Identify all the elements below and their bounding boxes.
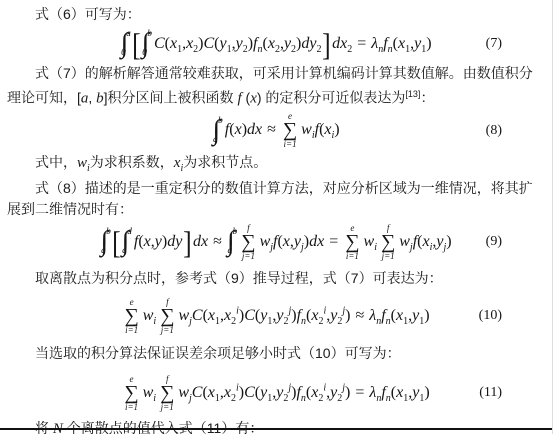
math-variable: f <box>134 233 138 250</box>
math-variable: f <box>413 233 417 250</box>
math-variable: d <box>193 233 201 250</box>
math-variable: x <box>268 35 275 52</box>
math-variable: y <box>236 35 243 52</box>
subscript: i <box>332 131 335 142</box>
math-variable: x <box>422 233 429 250</box>
subscript: 1 <box>215 393 220 404</box>
math-variable: C <box>244 307 255 324</box>
math-variable: w <box>143 307 154 324</box>
formula-run: wi <box>143 384 156 401</box>
summation: e∑i=1 <box>124 375 138 412</box>
integral-limits: ba <box>218 114 223 148</box>
paragraph-error-term: 当选取的积分算法保证误差余项足够小时式（10）可写为： <box>0 343 552 364</box>
summation: f∑j=1 <box>381 224 395 261</box>
paragraph-substitute-n-points: 将 N 个离散点的值代入式（11）有： <box>0 418 552 434</box>
math-variable: x <box>324 121 331 138</box>
math-variable: w <box>301 121 312 138</box>
integral-limits: b0 <box>147 27 152 61</box>
equation-7-number: (7) <box>486 36 502 52</box>
superscript: j <box>342 383 345 394</box>
equation-10-formula: e∑i=1wif∑j=1wjC(x1,x2i)C(y1,y2j)fn(x2i,y… <box>121 298 430 335</box>
math-variable: w <box>178 307 189 324</box>
relation-operator: = <box>355 384 364 401</box>
formula-run: wi <box>364 233 377 250</box>
subscript: 2 <box>193 44 198 55</box>
formula-run: C(x1,x2)C(y1,y2)fn(x2,y2)dy2 <box>154 35 322 52</box>
formula-run: wjf(x,yj)dx <box>260 233 325 250</box>
lower-limit: a <box>213 135 218 145</box>
subscript: i <box>430 242 433 253</box>
subscript: 1 <box>177 44 182 55</box>
subscript: 2 <box>318 393 323 404</box>
summation: e∑i=1 <box>124 298 138 335</box>
math-variable: C <box>154 35 165 52</box>
subscript: 2 <box>347 44 352 55</box>
lower-limit: a <box>228 246 233 256</box>
lower-limit: i=1 <box>125 403 138 412</box>
integral-limits: a0 <box>126 27 131 61</box>
subscript: 2 <box>337 393 342 404</box>
right-bracket: ] <box>183 227 192 257</box>
subscript: 2 <box>231 393 236 404</box>
formula-run: f(x,y)dy <box>134 233 182 250</box>
equation-7-formula: ∫a0[∫b0C(x1,x2)C(y1,y2)fn(x2,y2)dy2]dx2=… <box>119 27 432 61</box>
math-variable: x <box>201 233 208 250</box>
subscript: 1 <box>421 44 426 55</box>
math-variable: y <box>220 35 227 52</box>
lower-limit: j=1 <box>161 326 174 335</box>
subscript: 2 <box>337 316 342 327</box>
subscript: 1 <box>419 316 424 327</box>
lower-limit: 0 <box>121 48 126 58</box>
superscript: i <box>323 306 326 317</box>
formula-run: wjC(x1,x2i)C(y1,y2j)fn(x2i,y2j) <box>178 384 350 401</box>
formula-run: wi <box>143 307 156 324</box>
superscript: j <box>288 383 291 394</box>
subscript: n <box>301 316 306 327</box>
integral-limits: ba <box>233 225 238 259</box>
math-variable: f <box>273 233 277 250</box>
subscript: i <box>374 242 377 253</box>
relation-operator: ≈ <box>355 307 364 324</box>
integral-limits: dc <box>127 225 132 259</box>
math-variable: b <box>96 91 104 107</box>
math-variable: w <box>260 233 271 250</box>
formula-run: λnfn(x1,y1) <box>369 307 429 324</box>
subscript: j <box>443 242 446 253</box>
math-variable: C <box>192 307 203 324</box>
lower-limit: i=1 <box>125 326 138 335</box>
subscript: 1 <box>403 316 408 327</box>
summation: e∑i=1 <box>345 224 359 261</box>
subscript: i <box>153 393 156 404</box>
superscript: i <box>236 383 239 394</box>
formula-run: dx <box>193 233 208 250</box>
lower-limit: i=1 <box>284 140 297 149</box>
sigma-symbol: ∑ <box>160 307 174 326</box>
math-variable: w <box>178 384 189 401</box>
sigma-symbol: ∑ <box>124 384 138 403</box>
paragraph-discrete-points: 取离散点为积分点时，参考式（9）推导过程，式（7）可表达为： <box>0 268 552 289</box>
math-variable: y <box>284 35 291 52</box>
upper-limit: b <box>218 116 223 126</box>
formula-run: wif(xi) <box>301 121 339 138</box>
math-variable: y <box>294 233 301 250</box>
formula-run: wjC(x1,x2i)C(y1,y2j)fn(x2i,y2j) <box>178 307 350 324</box>
lower-limit: i=1 <box>346 252 359 261</box>
lower-limit: j=1 <box>382 252 395 261</box>
citation-superscript: [13] <box>405 89 420 99</box>
sigma-symbol: ∑ <box>283 121 297 140</box>
math-variable: f <box>237 91 241 107</box>
superscript: j <box>288 306 291 317</box>
bottom-rule <box>0 428 552 430</box>
math-variable: x <box>396 307 403 324</box>
upper-limit: b <box>233 227 238 237</box>
equation-9-row: ∫ba[∫dcf(x,y)dy]dx≈∫baf∑j=1wjf(x,yj)dx=e… <box>0 220 552 264</box>
subscript: 1 <box>267 393 272 404</box>
math-variable: w <box>364 233 375 250</box>
math-variable: f <box>315 121 319 138</box>
sigma-symbol: ∑ <box>160 384 174 403</box>
subscript: 2 <box>318 316 323 327</box>
formula-run: f(x)dx <box>225 121 262 138</box>
paragraph-eq8-extension: 式（8）描述的是一重定积分的数值计算方法，对应分析区域为一维情况，将其扩展到二维… <box>0 178 552 220</box>
integral: ∫a0 <box>120 27 130 61</box>
equation-10-row: e∑i=1wif∑j=1wjC(x1,x2i)C(y1,y2j)fn(x2i,y… <box>0 293 552 339</box>
paragraph-symbol-definitions: 式中，wi为求积系数，xi为求积节点。 <box>0 152 552 179</box>
summation: f∑j=1 <box>160 375 174 412</box>
subscript: i <box>153 316 156 327</box>
formula-run: wjf(xi,yj) <box>399 233 451 250</box>
math-variable: w <box>77 155 87 171</box>
equation-8-formula: ∫baf(x)dx≈e∑i=1wif(xi) <box>211 112 340 149</box>
lower-limit: j=1 <box>242 252 255 261</box>
superscript: i <box>236 306 239 317</box>
equation-9-formula: ∫ba[∫dcf(x,y)dy]dx≈∫baf∑j=1wjf(x,yj)dx=e… <box>99 224 452 261</box>
sigma-symbol: ∑ <box>345 233 359 252</box>
subscript: 1 <box>227 44 232 55</box>
upper-limit: b <box>147 29 152 39</box>
integral: ∫ba <box>227 225 237 259</box>
relation-operator: ≈ <box>267 121 276 138</box>
paragraph-eq7-discussion: 式（7）的解析解答通常较难获取，可采用计算机编码计算其数值解。由数值积分理论可知… <box>0 63 552 110</box>
math-variable: C <box>244 384 255 401</box>
integral-limits: ba <box>106 225 111 259</box>
subscript: 1 <box>419 393 424 404</box>
math-variable: x <box>170 35 177 52</box>
subscript: j <box>301 242 304 253</box>
math-variable: w <box>143 384 154 401</box>
formula-run: λnfn(x1,y1) <box>371 35 431 52</box>
math-variable: x <box>224 384 231 401</box>
subscript: 2 <box>243 44 248 55</box>
math-variable: d <box>332 35 340 52</box>
subscript: n <box>386 316 391 327</box>
sigma-symbol: ∑ <box>124 307 138 326</box>
subscript: n <box>301 393 306 404</box>
subscript: 1 <box>267 316 272 327</box>
subscript: 1 <box>215 316 220 327</box>
sigma-symbol: ∑ <box>241 233 255 252</box>
relation-operator: = <box>329 233 338 250</box>
formula-run: λnfn(x1,y1) <box>369 384 429 401</box>
summation: e∑i=1 <box>283 112 297 149</box>
equation-8-row: ∫baf(x)dx≈e∑i=1wif(xi) (8) <box>0 110 552 152</box>
equation-10-number: (10) <box>479 308 502 324</box>
math-variable: x <box>317 233 324 250</box>
subscript: 1 <box>403 393 408 404</box>
equation-11-row: e∑i=1wif∑j=1wjC(x1,x2i)C(y1,y2j)fn(x2i,y… <box>0 370 552 416</box>
summation: f∑j=1 <box>241 224 255 261</box>
math-variable: y <box>155 233 162 250</box>
subscript: 2 <box>316 44 321 55</box>
lower-limit: c <box>122 246 126 256</box>
math-variable: f <box>225 121 229 138</box>
lower-limit: a <box>101 246 106 256</box>
upper-limit: b <box>106 227 111 237</box>
math-variable: x <box>208 384 215 401</box>
lower-limit: j=1 <box>161 403 174 412</box>
relation-operator: ≈ <box>213 233 222 250</box>
math-variable: w <box>399 233 410 250</box>
math-variable: C <box>192 384 203 401</box>
equation-11-number: (11) <box>479 385 502 401</box>
equation-9-number: (9) <box>486 234 502 250</box>
math-variable: x <box>208 307 215 324</box>
integral: ∫b0 <box>142 27 152 61</box>
relation-operator: = <box>357 35 366 52</box>
math-subscript: i <box>87 162 90 173</box>
sigma-symbol: ∑ <box>381 233 395 252</box>
math-subscript: i <box>180 162 183 173</box>
superscript: i <box>323 383 326 394</box>
math-variable: d <box>309 233 317 250</box>
math-variable: C <box>204 35 215 52</box>
subscript: 2 <box>275 44 280 55</box>
subscript: n <box>386 393 391 404</box>
integral: ∫ba <box>212 114 222 148</box>
paragraph-eq6-intro: 式（6）可写为： <box>0 4 552 25</box>
superscript: j <box>342 306 345 317</box>
math-variable: d <box>247 121 255 138</box>
subscript: 2 <box>231 316 236 327</box>
math-variable: x <box>255 121 262 138</box>
equation-7-row: ∫a0[∫b0C(x1,x2)C(y1,y2)fn(x2,y2)dy2]dx2=… <box>0 25 552 63</box>
math-variable: x <box>250 91 257 107</box>
equation-11-formula: e∑i=1wif∑j=1wjC(x1,x2i)C(y1,y2j)fn(x2i,y… <box>121 375 430 412</box>
math-variable: x <box>144 233 151 250</box>
document-page: 式（6）可写为： ∫a0[∫b0C(x1,x2)C(y1,y2)fn(x2,y2… <box>0 0 553 434</box>
equation-8-number: (8) <box>486 123 502 139</box>
subscript: n <box>388 44 393 55</box>
formula-run: dx2 <box>332 35 352 52</box>
upper-limit: a <box>126 29 131 39</box>
upper-limit: d <box>127 227 132 237</box>
left-bracket: [ <box>132 29 141 59</box>
subscript: 1 <box>405 44 410 55</box>
integral: ∫ba <box>100 225 110 259</box>
lower-limit: 0 <box>142 48 147 58</box>
subscript: 2 <box>283 316 288 327</box>
subscript: 2 <box>283 393 288 404</box>
subscript: n <box>258 44 263 55</box>
math-variable: a <box>81 91 89 107</box>
math-variable: x <box>235 121 242 138</box>
integral: ∫dc <box>121 225 131 259</box>
subscript: 2 <box>291 44 296 55</box>
summation: f∑j=1 <box>160 298 174 335</box>
right-bracket: ] <box>323 29 332 59</box>
left-bracket: [ <box>112 227 121 257</box>
math-variable: y <box>175 233 182 250</box>
math-variable: x <box>283 233 290 250</box>
